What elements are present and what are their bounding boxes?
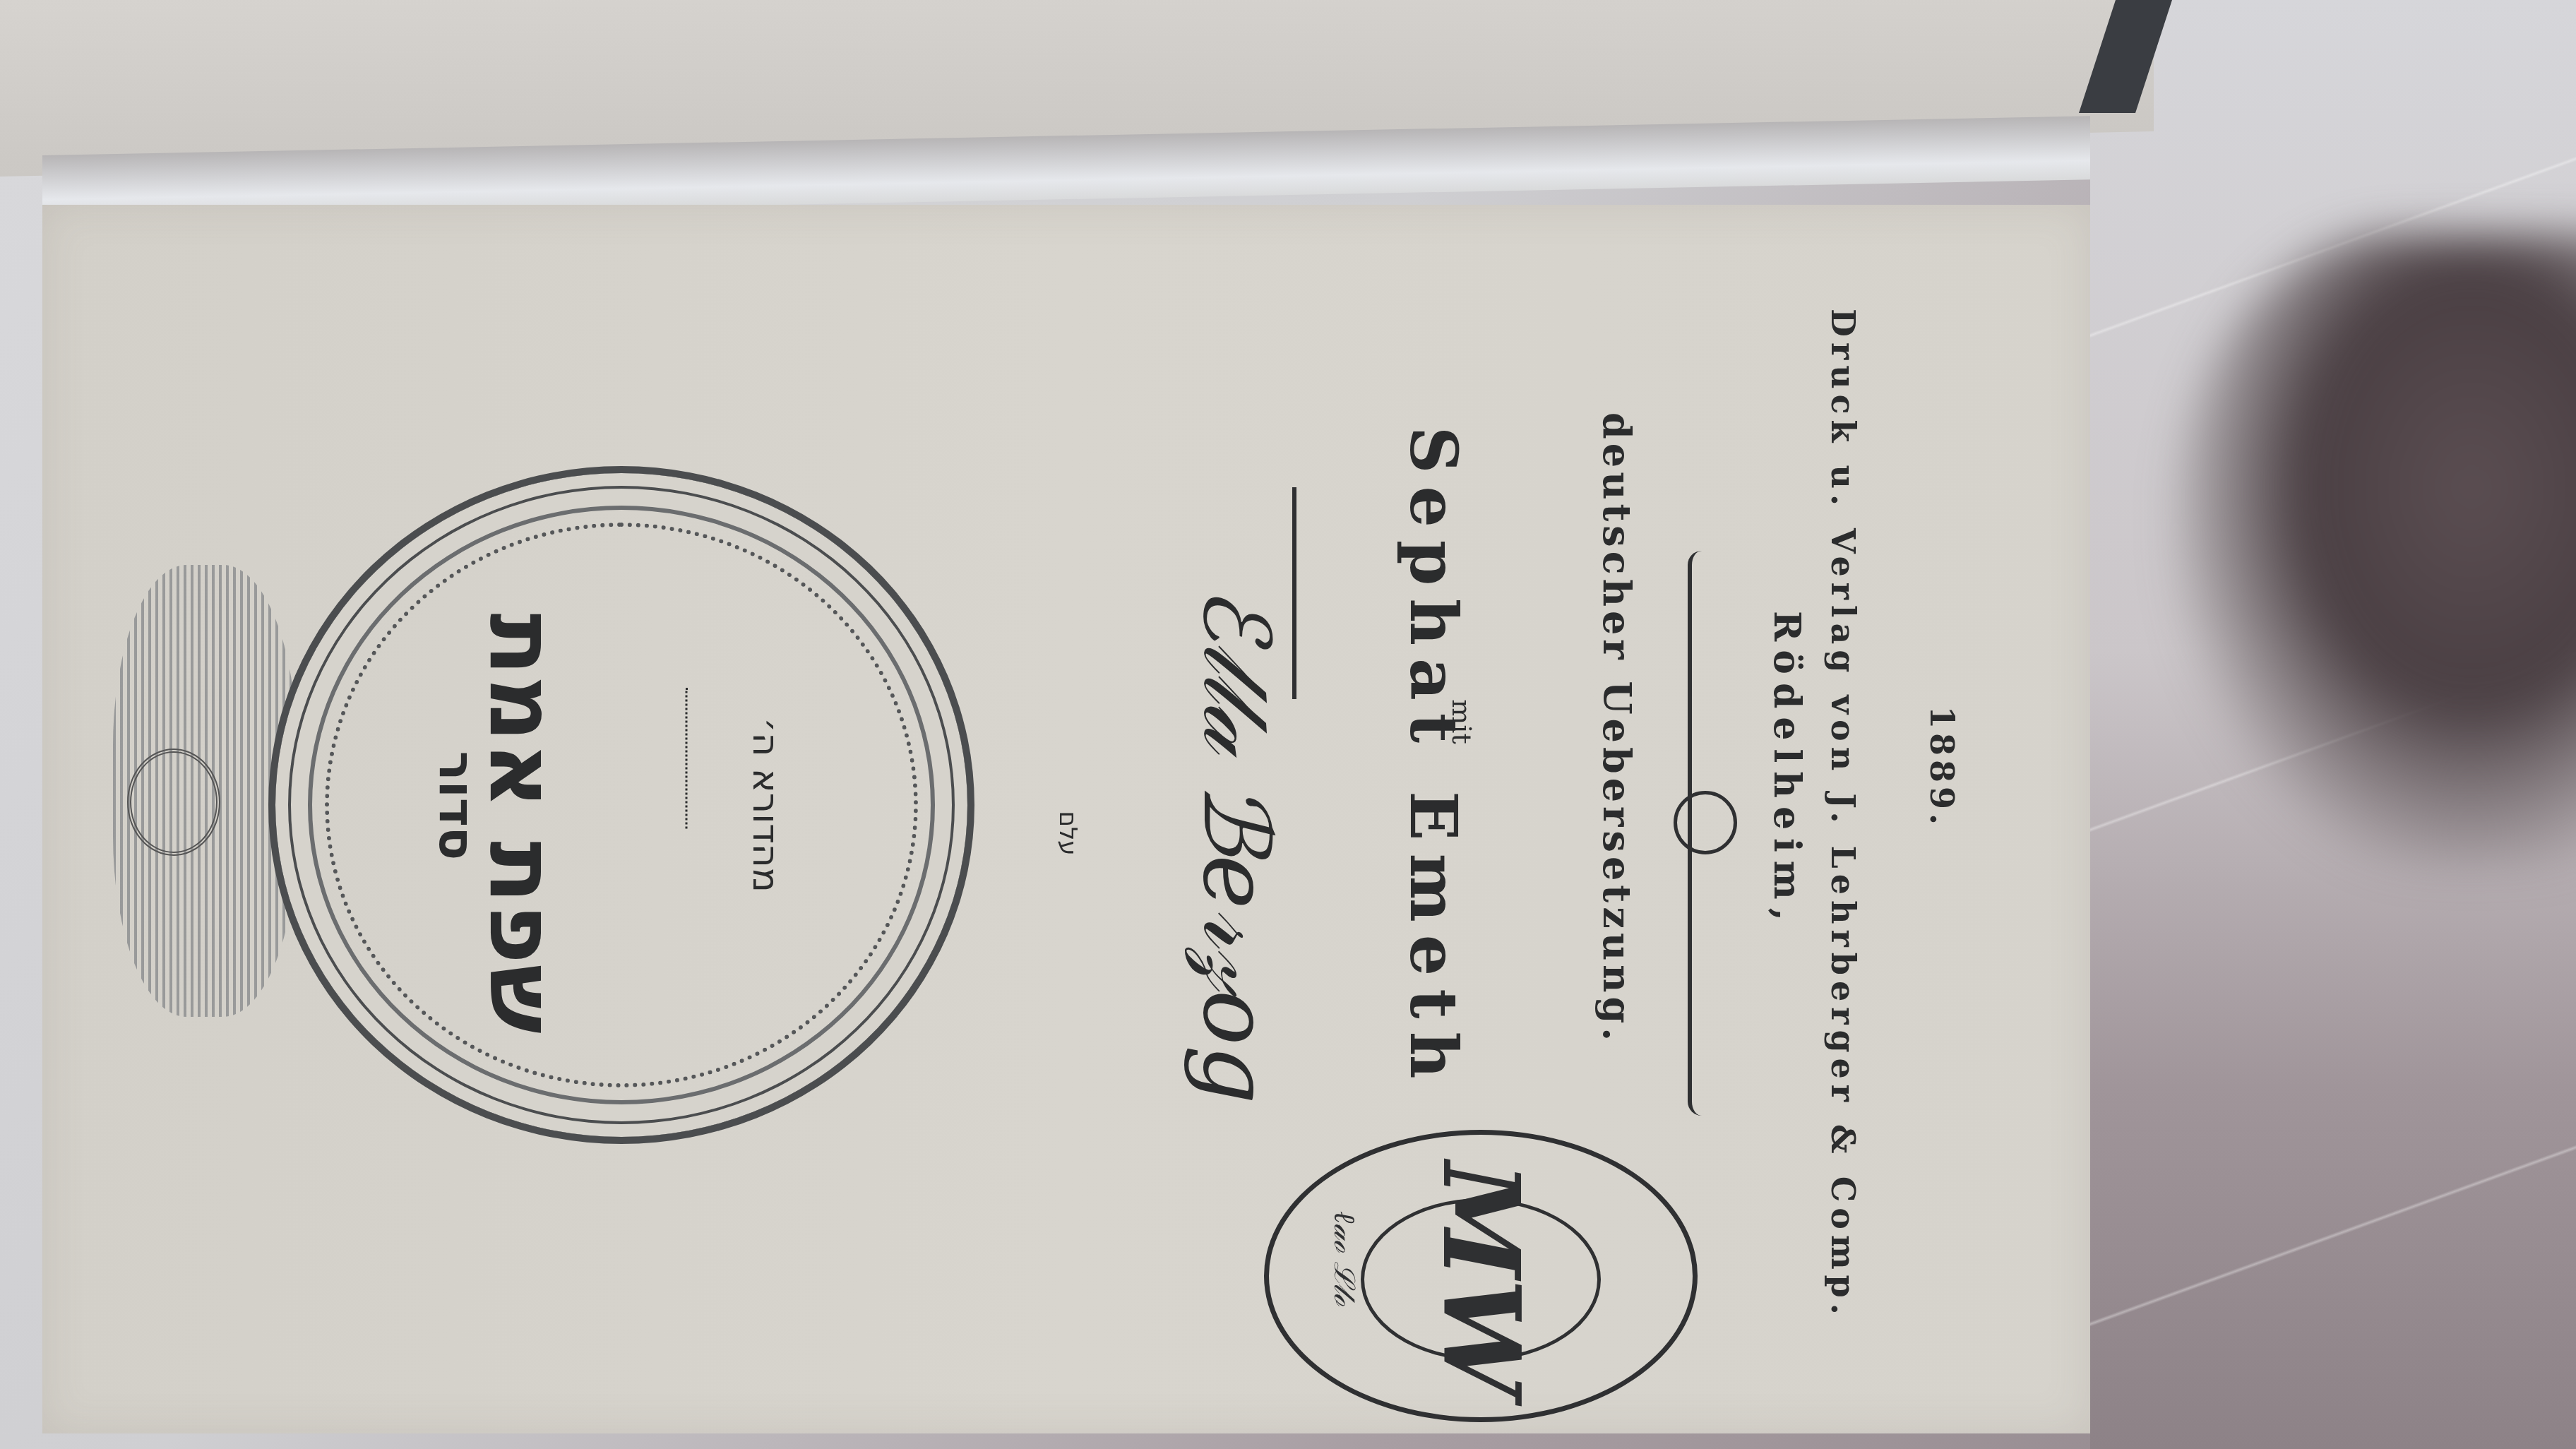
hebrew-title: שפת אמת [469, 612, 576, 1035]
wreath-divider [683, 688, 688, 829]
stamp-ring-text: ℓ𝒶ℴ ℒ𝓁ℴ [1327, 1211, 1362, 1306]
handwritten-signature: ℰ𝓁𝓁𝒶 ℬ𝑒𝓇𝓏𝑜𝑔 [1181, 457, 1290, 1234]
imprint-place: Rödelheim, [1765, 523, 1808, 1018]
german-mit: mit [1446, 686, 1477, 757]
imprint-publisher: Druck u. Verlag von J. Lehrberger & Comp… [1824, 309, 1862, 1227]
title-rule [1292, 487, 1296, 699]
stamp-monogram: MW [1403, 1163, 1558, 1396]
rosette-ornament [127, 749, 220, 856]
beaded-border [325, 523, 918, 1087]
ornamental-wreath [268, 466, 974, 1144]
hebrew-edition: מהדורא ה׳ [744, 717, 787, 893]
hebrew-small-label: עלם [1054, 811, 1082, 855]
stamp-inner-ring: MW [1361, 1198, 1601, 1361]
imprint-year: 1889. [1923, 662, 1961, 873]
ownership-stamp: MW ℓ𝒶ℴ ℒ𝓁ℴ [1264, 1130, 1698, 1422]
german-subtitle: deutscher Uebersetzung. [1594, 411, 1640, 1046]
flourish-knot [1674, 791, 1737, 854]
